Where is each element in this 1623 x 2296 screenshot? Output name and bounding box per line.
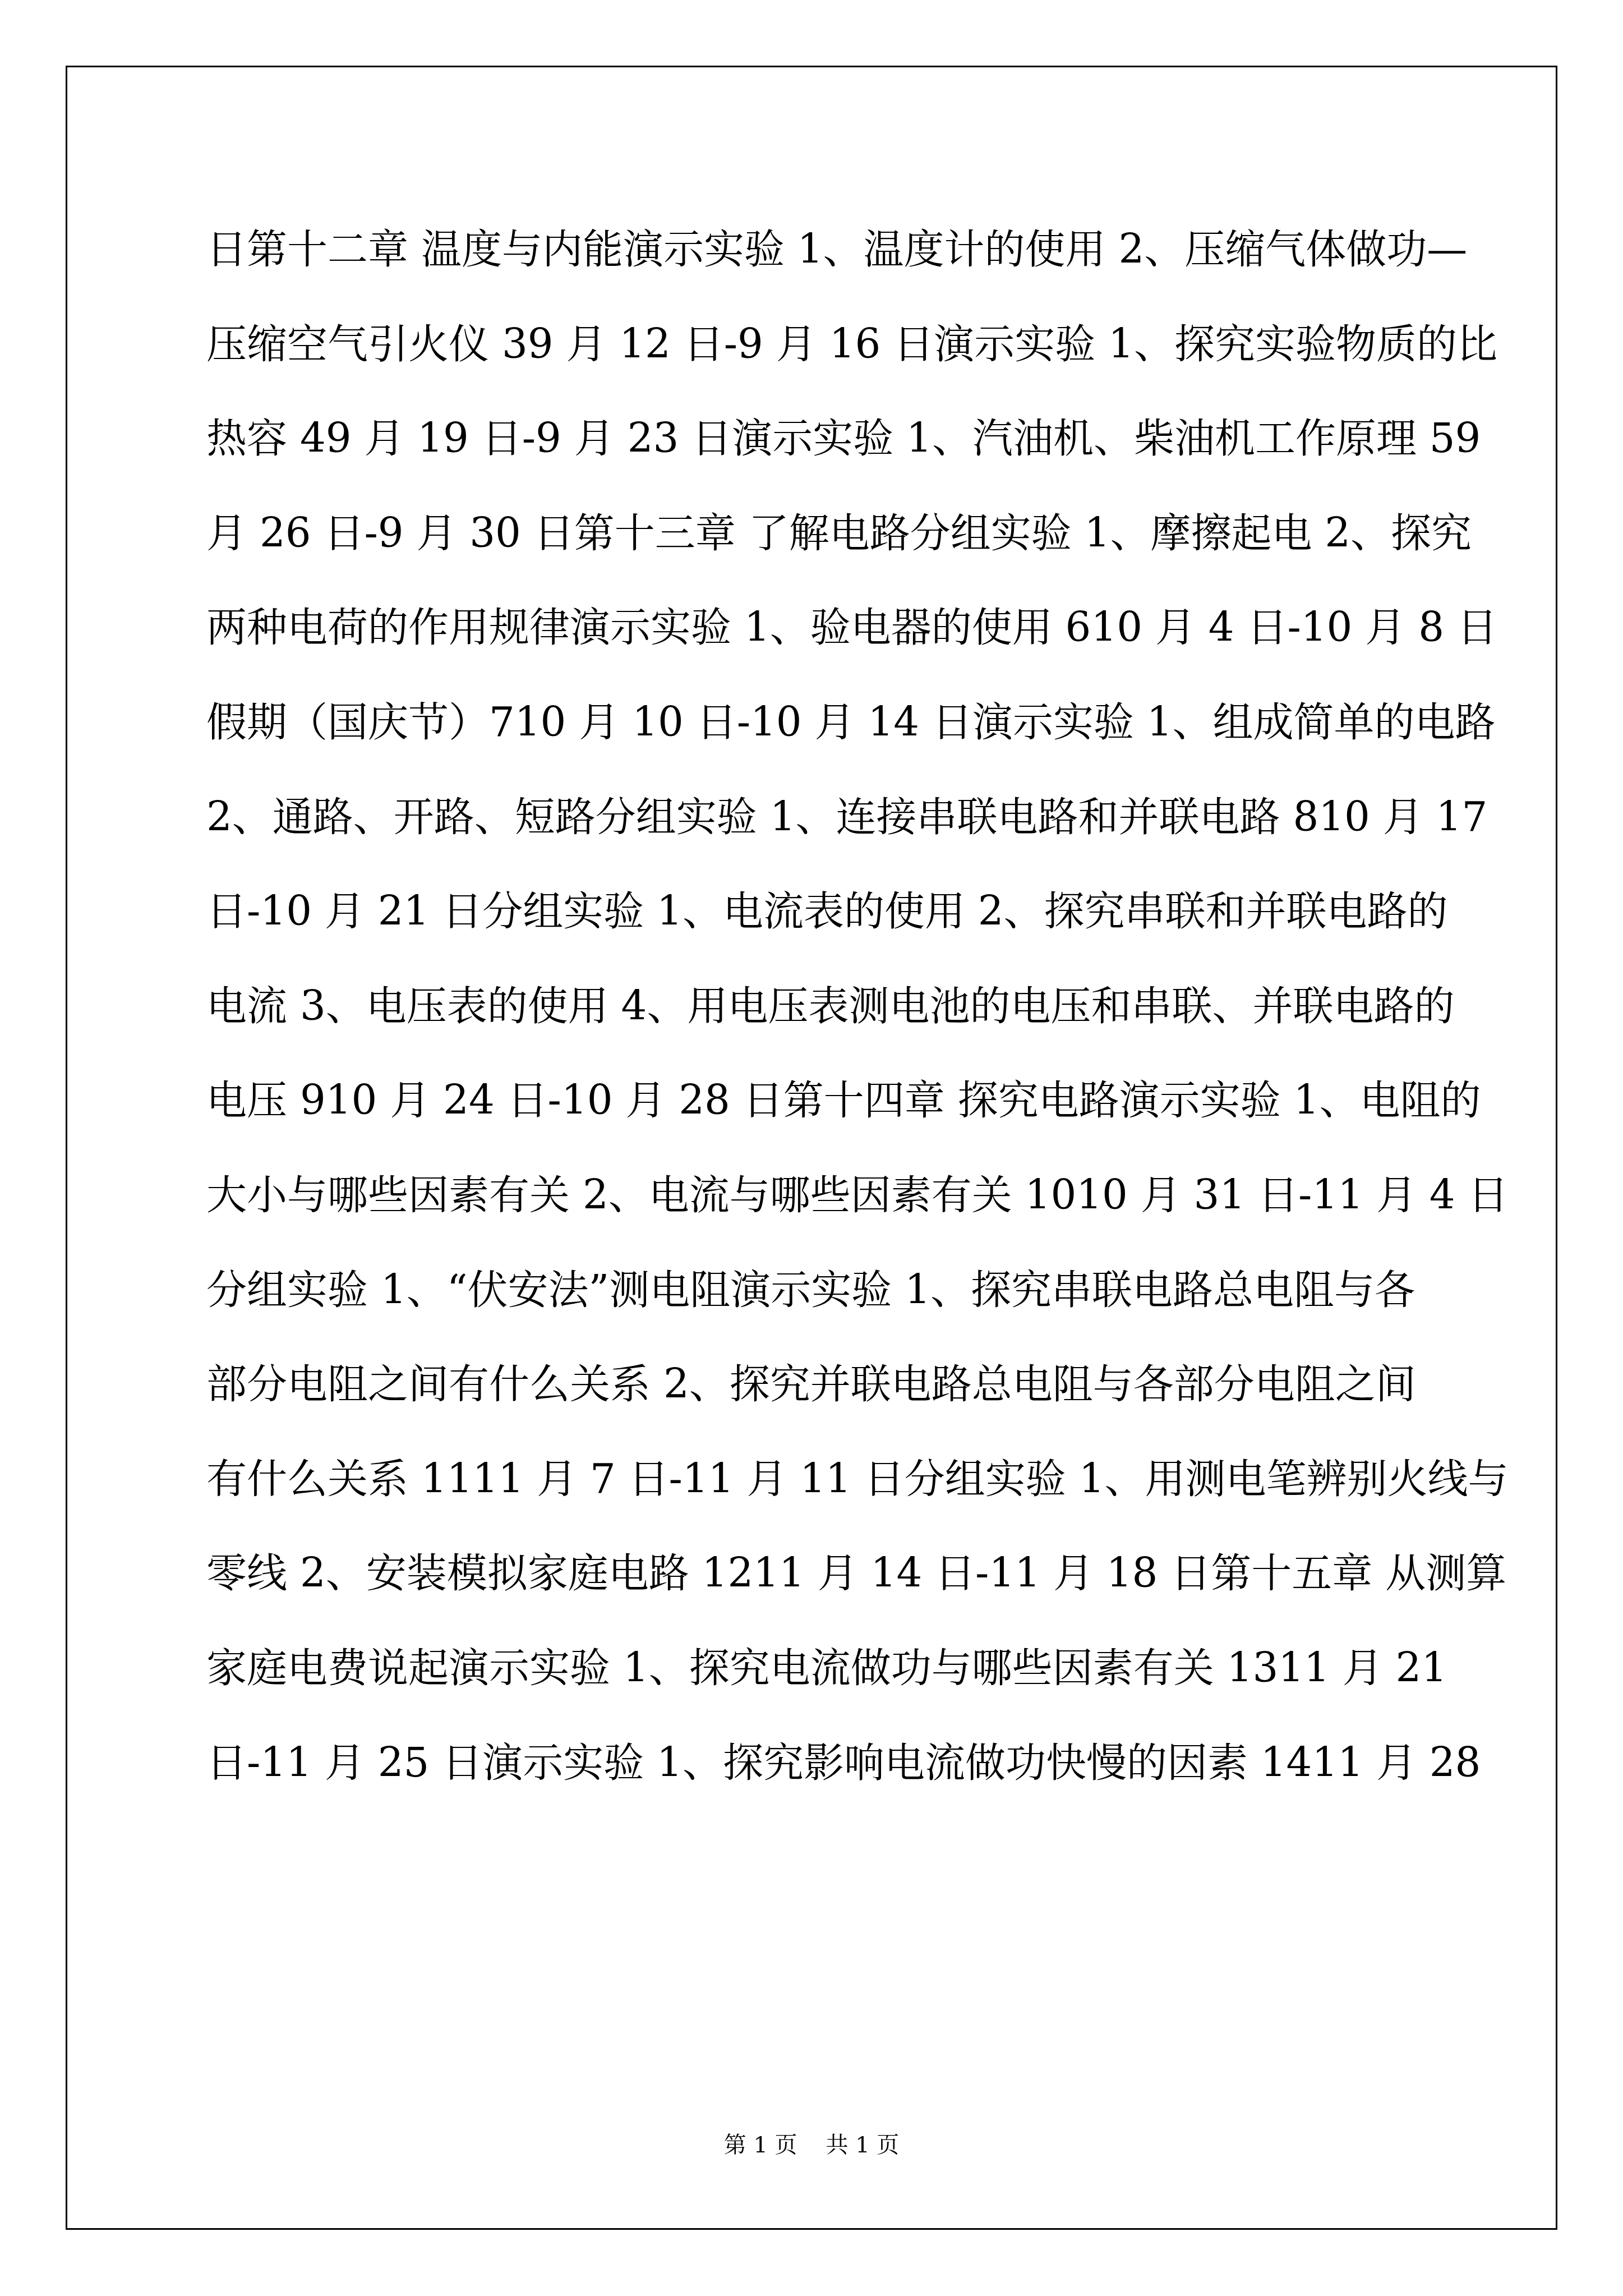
text-line: 电流 3、电压表的使用 4、用电压表测电池的电压和串联、并联电路的 <box>206 959 1440 1053</box>
text-line: 零线 2、安装模拟家庭电路 1211 月 14 日-11 月 18 日第十五章 … <box>206 1526 1440 1621</box>
text-line: 热容 49 月 19 日-9 月 23 日演示实验 1、汽油机、柴油机工作原理 … <box>206 391 1440 486</box>
text-line: 分组实验 1、“伏安法”测电阻演示实验 1、探究串联电路总电阻与各 <box>206 1243 1440 1337</box>
text-line: 月 26 日-9 月 30 日第十三章 了解电路分组实验 1、摩擦起电 2、探究 <box>206 486 1440 581</box>
text-line: 大小与哪些因素有关 2、电流与哪些因素有关 1010 月 31 日-11 月 4… <box>206 1148 1440 1243</box>
page-number-footer: 第 1 页 共 1 页 <box>0 2129 1623 2161</box>
text-line: 日-10 月 21 日分组实验 1、电流表的使用 2、探究串联和并联电路的 <box>206 864 1440 959</box>
text-line: 两种电荷的作用规律演示实验 1、验电器的使用 610 月 4 日-10 月 8 … <box>206 580 1440 675</box>
text-line: 家庭电费说起演示实验 1、探究电流做功与哪些因素有关 1311 月 21 <box>206 1621 1440 1715</box>
document-body: 日第十二章 温度与内能演示实验 1、温度计的使用 2、压缩气体做功— 压缩空气引… <box>206 202 1440 1810</box>
text-line: 有什么关系 1111 月 7 日-11 月 11 日分组实验 1、用测电笔辨别火… <box>206 1432 1440 1526</box>
text-line: 2、通路、开路、短路分组实验 1、连接串联电路和并联电路 810 月 17 <box>206 770 1440 864</box>
text-line: 假期（国庆节）710 月 10 日-10 月 14 日演示实验 1、组成简单的电… <box>206 675 1440 770</box>
text-line: 日第十二章 温度与内能演示实验 1、温度计的使用 2、压缩气体做功— <box>206 202 1440 297</box>
text-line: 部分电阻之间有什么关系 2、探究并联电路总电阻与各部分电阻之间 <box>206 1337 1440 1432</box>
text-line: 电压 910 月 24 日-10 月 28 日第十四章 探究电路演示实验 1、电… <box>206 1053 1440 1148</box>
text-line: 日-11 月 25 日演示实验 1、探究影响电流做功快慢的因素 1411 月 2… <box>206 1715 1440 1810</box>
text-line: 压缩空气引火仪 39 月 12 日-9 月 16 日演示实验 1、探究实验物质的… <box>206 297 1440 392</box>
